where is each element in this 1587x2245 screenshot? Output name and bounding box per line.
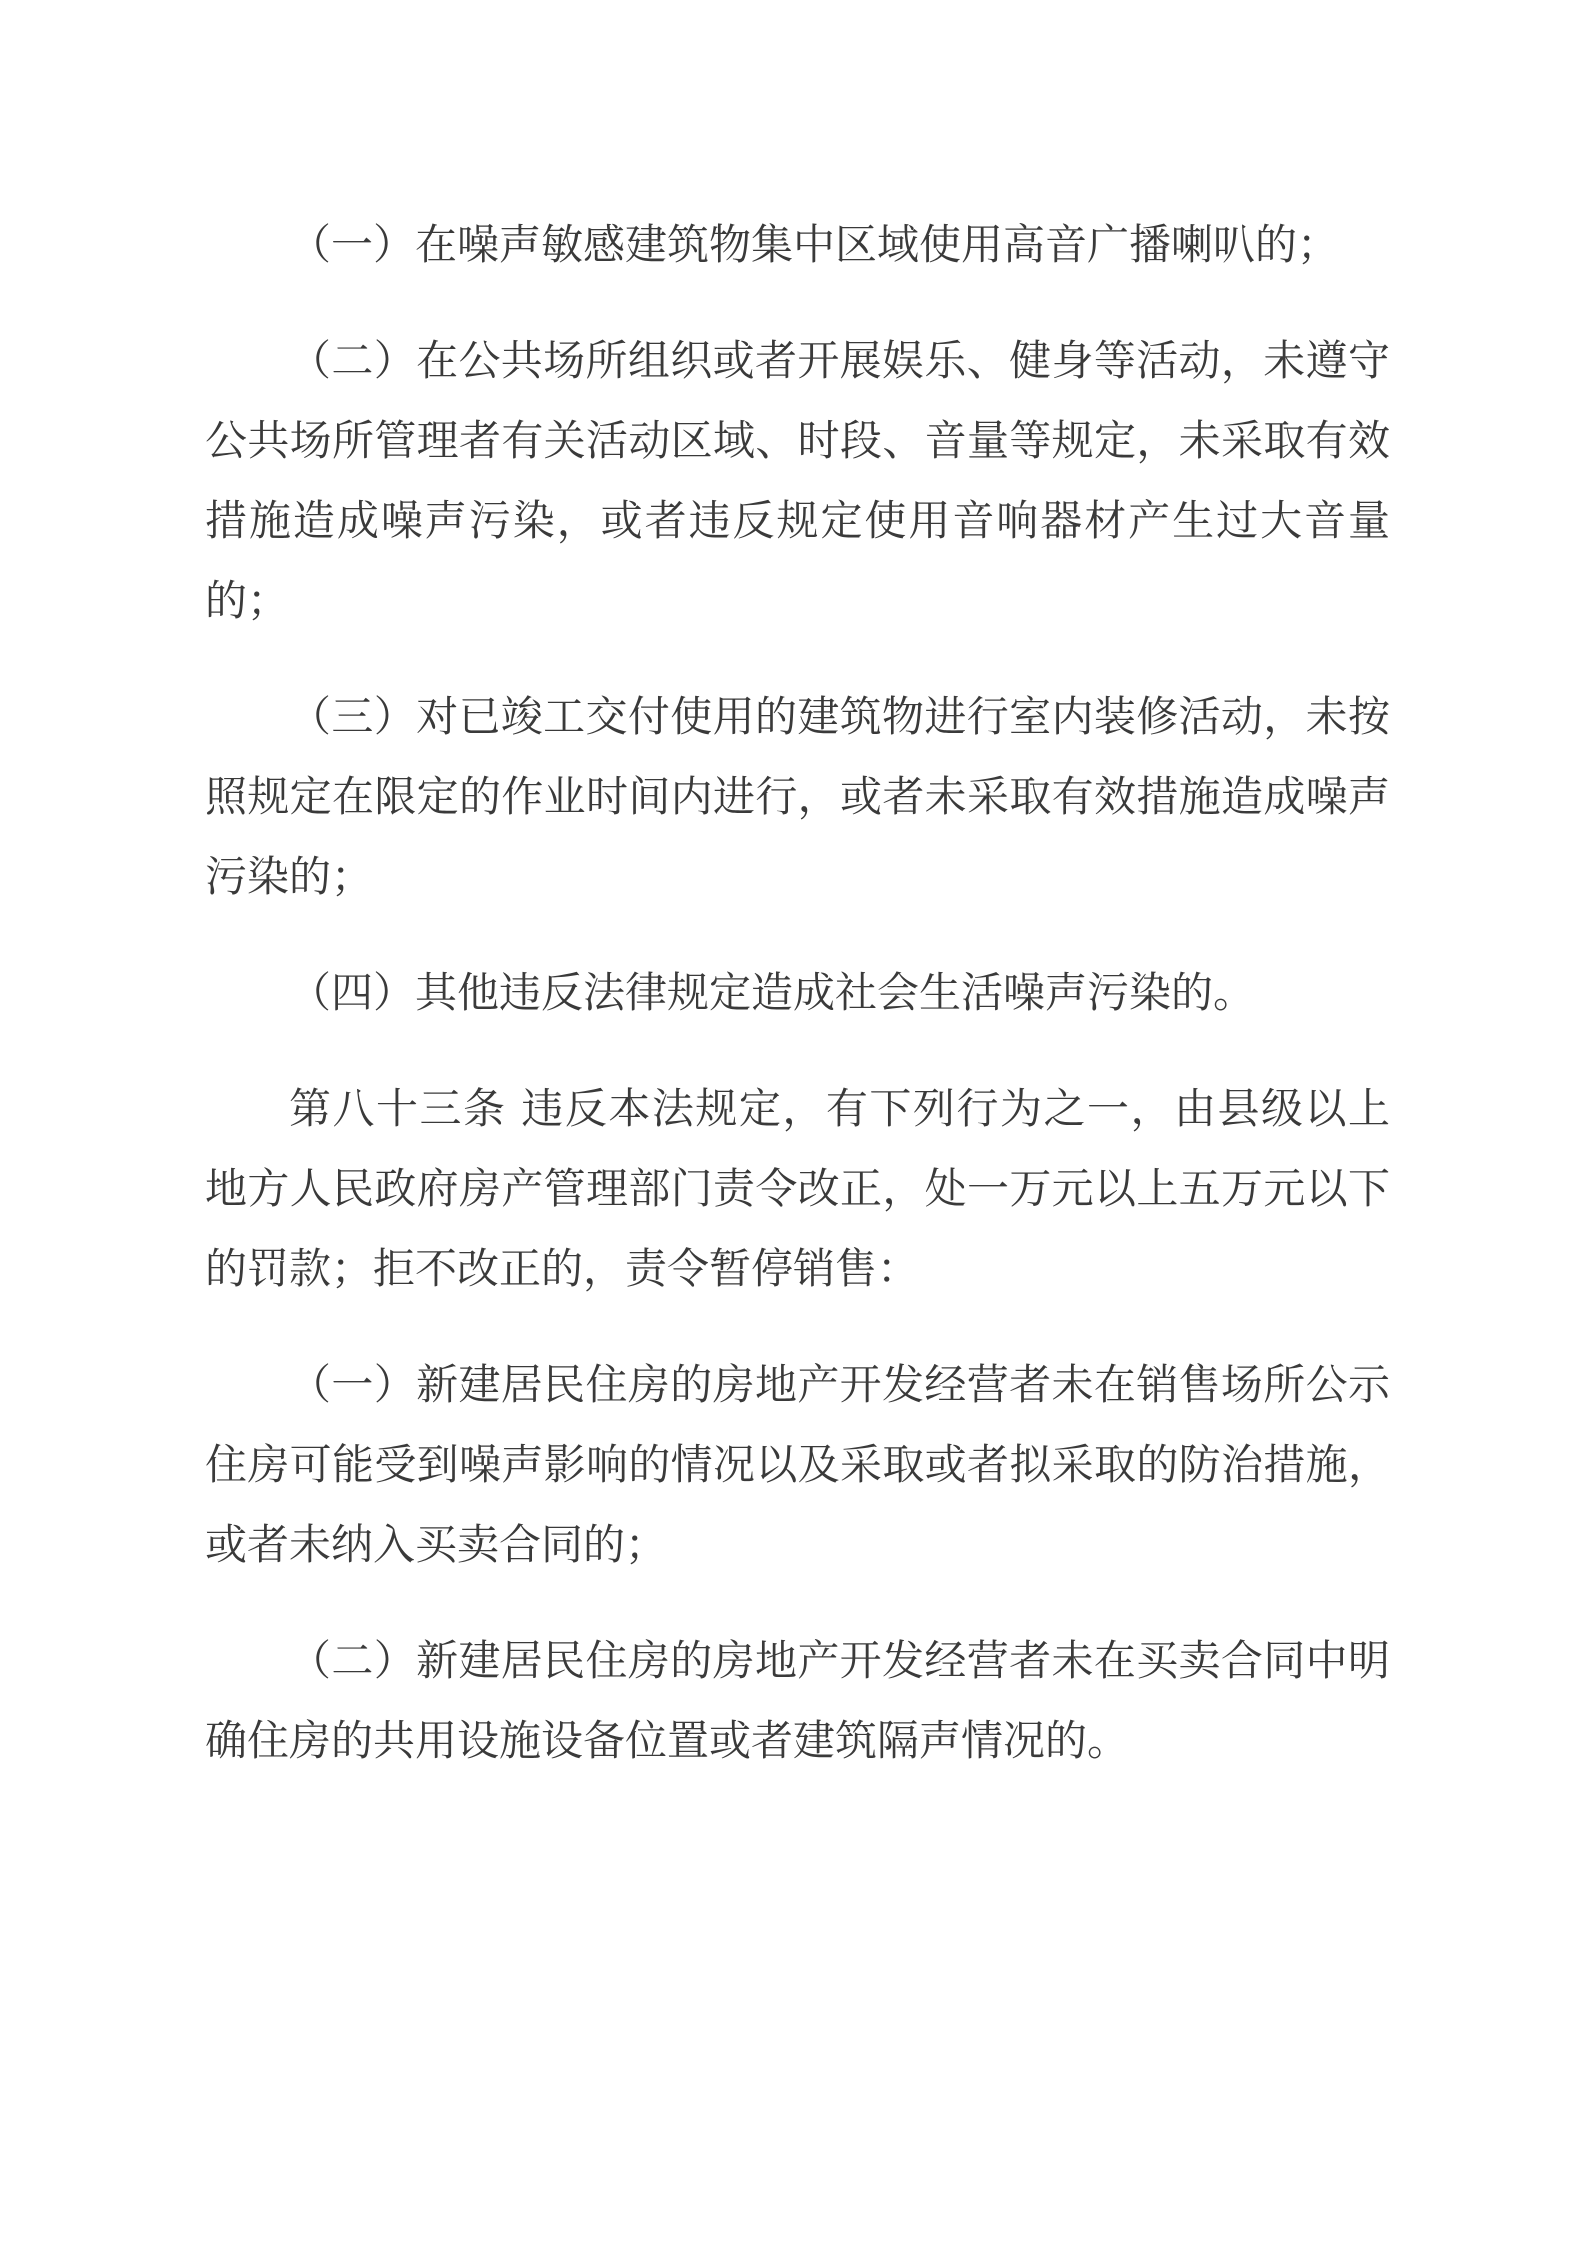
paragraph: （三）对已竣工交付使用的建筑物进行室内装修活动，未按照规定在限定的作业时间内进行… <box>205 677 1390 917</box>
paragraph: 第八十三条 违反本法规定，有下列行为之一，由县级以上地方人民政府房产管理部门责令… <box>205 1069 1390 1309</box>
paragraph: （二）在公共场所组织或者开展娱乐、健身等活动，未遵守公共场所管理者有关活动区域、… <box>205 321 1390 641</box>
paragraph: （一）新建居民住房的房地产开发经营者未在销售场所公示住房可能受到噪声影响的情况以… <box>205 1345 1390 1585</box>
paragraph: （一）在噪声敏感建筑物集中区域使用高音广播喇叭的； <box>205 205 1390 285</box>
document-body: （一）在噪声敏感建筑物集中区域使用高音广播喇叭的；（二）在公共场所组织或者开展娱… <box>205 205 1390 1781</box>
document-page: （一）在噪声敏感建筑物集中区域使用高音广播喇叭的；（二）在公共场所组织或者开展娱… <box>0 0 1587 2245</box>
paragraph: （四）其他违反法律规定造成社会生活噪声污染的。 <box>205 953 1390 1033</box>
paragraph: （二）新建居民住房的房地产开发经营者未在买卖合同中明确住房的共用设施设备位置或者… <box>205 1621 1390 1781</box>
